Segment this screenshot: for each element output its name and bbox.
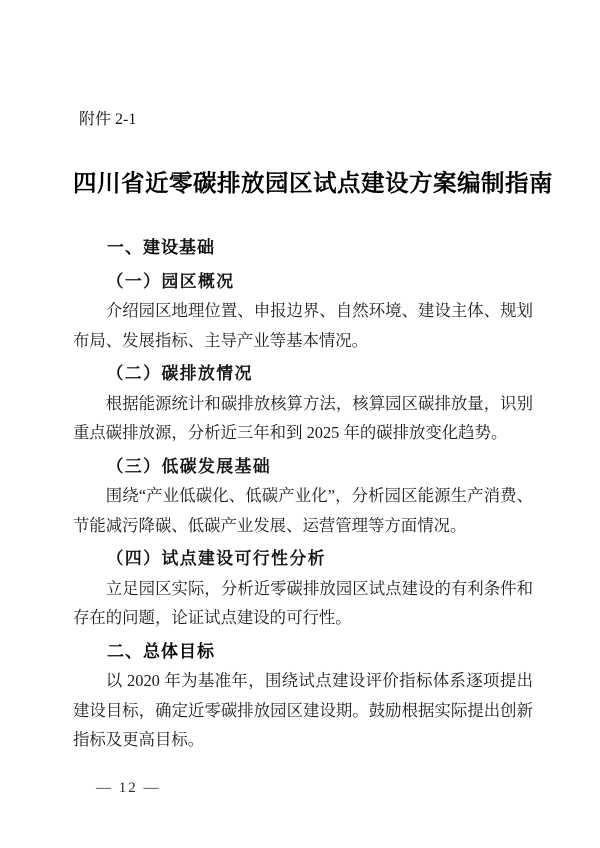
document-title: 四川省近零碳排放园区试点建设方案编制指南 bbox=[73, 167, 533, 201]
document-content: 附件 2-1 四川省近零碳排放园区试点建设方案编制指南 一、建设基础 （一）园区… bbox=[0, 109, 600, 755]
paragraph-carbon-emission: 根据能源统计和碳排放核算方法，核算园区碳排放量，识别重点碳排放源，分析近三年和到… bbox=[73, 389, 533, 448]
paragraph-low-carbon-basis: 围绕“产业低碳化、低碳产业化”，分析园区能源生产消费、节能减污降碳、低碳产业发展… bbox=[73, 481, 533, 540]
document-page: 附件 2-1 四川省近零碳排放园区试点建设方案编制指南 一、建设基础 （一）园区… bbox=[0, 0, 600, 848]
section-heading-2: 二、总体目标 bbox=[73, 637, 533, 667]
page-number: — 12 — bbox=[96, 780, 161, 797]
subsection-heading-1-2: （二）碳排放情况 bbox=[73, 359, 533, 389]
subsection-heading-1-3: （三）低碳发展基础 bbox=[73, 452, 533, 482]
attachment-label: 附件 2-1 bbox=[79, 109, 533, 131]
paragraph-overview: 介绍园区地理位置、申报边界、自然环境、建设主体、规划布局、发展指标、主导产业等基… bbox=[73, 296, 533, 355]
section-heading-1: 一、建设基础 bbox=[73, 233, 533, 263]
subsection-heading-1-1: （一）园区概况 bbox=[73, 267, 533, 297]
paragraph-overall-goal: 以 2020 年为基准年，围绕试点建设评价指标体系逐项提出建设目标，确定近零碳排… bbox=[73, 666, 533, 755]
subsection-heading-1-4: （四）试点建设可行性分析 bbox=[73, 544, 533, 574]
paragraph-feasibility: 立足园区实际，分析近零碳排放园区试点建设的有利条件和存在的问题，论证试点建设的可… bbox=[73, 574, 533, 633]
